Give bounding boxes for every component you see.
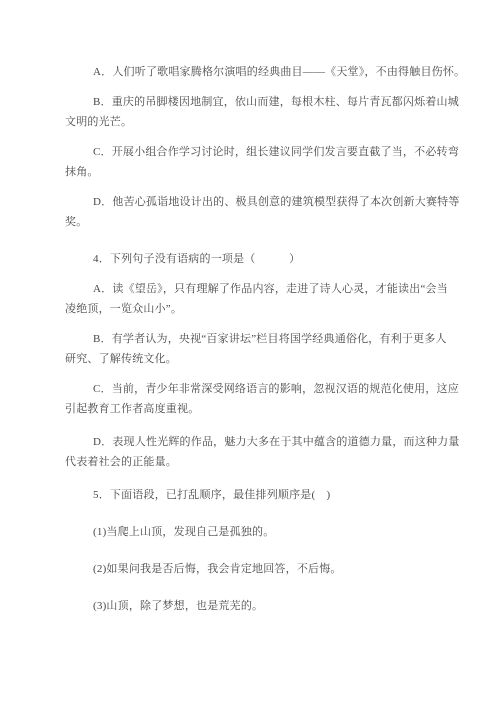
text-line: 研究、了解传统文化。 [65,349,442,369]
text-line: C．当前，青少年非常深受网络语言的影响，忽视汉语的规范化使用，这应 [65,379,442,399]
q3-option-d: D．他苦心孤诣地设计出的、极具创意的建筑模型获得了本次创新大赛特等 奖。 [65,192,442,232]
q3-option-a: A．人们听了歌唱家腾格尔演唱的经典曲目——《天堂》，不由得触目伤怀。 [65,62,442,82]
q5-stem: 5．下面语段，已打乱顺序，最佳排列顺序是( ) [65,485,442,505]
text-line: B．重庆的吊脚楼因地制宜，依山而建，每根木柱、每片青瓦都闪烁着山城 [65,92,442,112]
text-line: D．他苦心孤诣地设计出的、极具创意的建筑模型获得了本次创新大赛特等 [65,192,442,212]
text-line: (2)如果问我是否后悔，我会肯定地回答，不后悔。 [65,559,442,579]
text-line: 奖。 [65,212,442,232]
text-line: B．有学者认为，央视“百家讲坛”栏目将国学经典通俗化，有利于更多人 [65,329,442,349]
q4-option-a: A．读《望岳》，只有理解了作品内容，走进了诗人心灵，才能读出“会当 凌绝顶，一览… [65,279,442,319]
q3-option-b: B．重庆的吊脚楼因地制宜，依山而建，每根木柱、每片青瓦都闪烁着山城 文明的光芒。 [65,92,442,132]
text-line: 凌绝顶，一览众山小”。 [65,299,442,319]
text-line: 引起教育工作者高度重视。 [65,399,442,419]
q4-option-d: D．表现人性光辉的作品，魅力大多在于其中蕴含的道德力量，而这种力量 代表着社会的… [65,432,442,472]
text-line: 5．下面语段，已打乱顺序，最佳排列顺序是( ) [65,485,442,505]
text-line: C．开展小组合作学习讨论时，组长建议同学们发言要直截了当，不必转弯 [65,142,442,162]
q5-sentence-1: (1)当爬上山顶，发现自己是孤独的。 [65,522,442,542]
q4-option-c: C．当前，青少年非常深受网络语言的影响，忽视汉语的规范化使用，这应 引起教育工作… [65,379,442,419]
q5-sentence-2: (2)如果问我是否后悔，我会肯定地回答，不后悔。 [65,559,442,579]
text-line: A．读《望岳》，只有理解了作品内容，走进了诗人心灵，才能读出“会当 [65,279,442,299]
q4-option-b: B．有学者认为，央视“百家讲坛”栏目将国学经典通俗化，有利于更多人 研究、了解传… [65,329,442,369]
exam-page: A．人们听了歌唱家腾格尔演唱的经典曲目——《天堂》，不由得触目伤怀。 B．重庆的… [0,0,500,707]
text-line: 抹角。 [65,162,442,182]
text-line: 文明的光芒。 [65,112,442,132]
text-line: (3)山顶，除了梦想，也是荒芜的。 [65,596,442,616]
q4-stem: 4．下列句子没有语病的一项是（ ） [65,249,442,269]
text-line: A．人们听了歌唱家腾格尔演唱的经典曲目——《天堂》，不由得触目伤怀。 [65,62,442,82]
text-line: 4．下列句子没有语病的一项是（ ） [65,249,442,269]
text-line: (1)当爬上山顶，发现自己是孤独的。 [65,522,442,542]
text-line: D．表现人性光辉的作品，魅力大多在于其中蕴含的道德力量，而这种力量 [65,432,442,452]
text-line: 代表着社会的正能量。 [65,452,442,472]
q3-option-c: C．开展小组合作学习讨论时，组长建议同学们发言要直截了当，不必转弯 抹角。 [65,142,442,182]
q5-sentence-3: (3)山顶，除了梦想，也是荒芜的。 [65,596,442,616]
